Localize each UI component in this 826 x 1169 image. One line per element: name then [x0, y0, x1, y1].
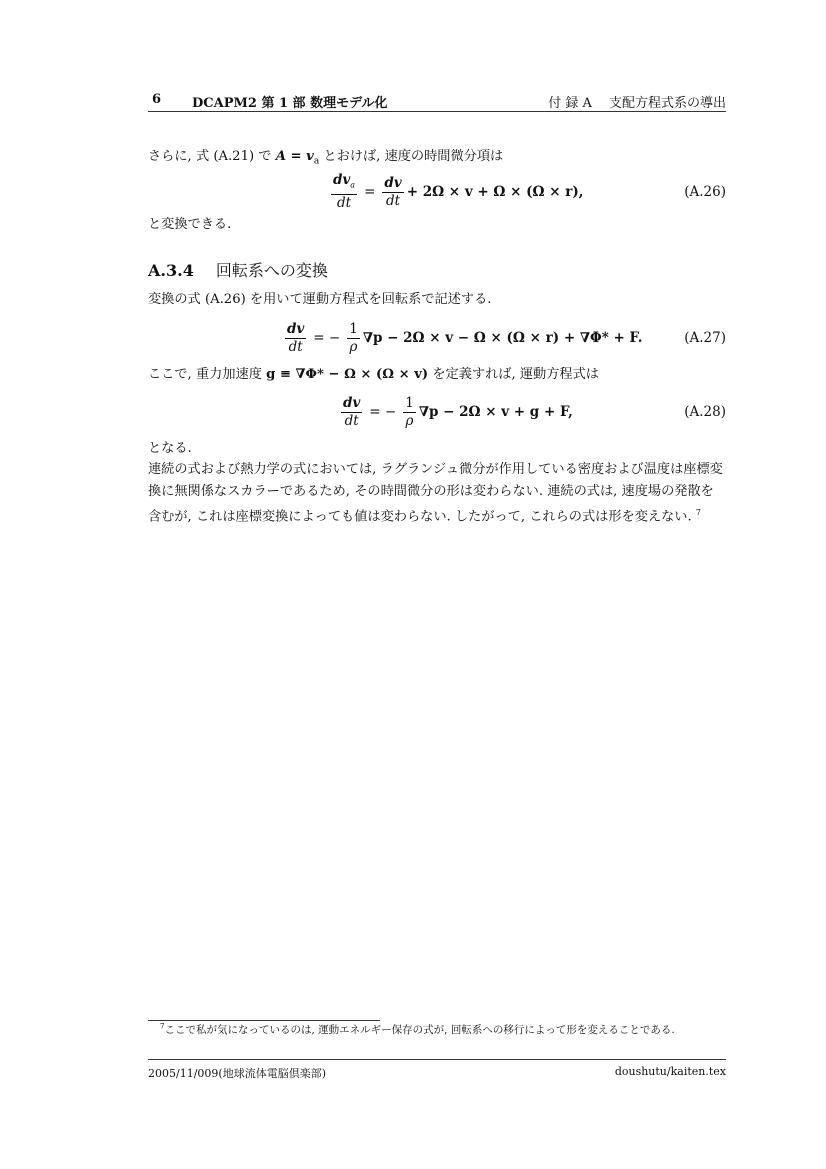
rhs-denominator: dt — [386, 193, 400, 210]
equation-a27-body: dv dt = − 1 ρ ∇p − 2Ω × v − Ω × (Ω × r) … — [282, 318, 642, 358]
lhs-numerator: dv — [333, 172, 350, 188]
body-paragraph: 連続の式および熱力学の式においては, ラグランジュ微分が作用している密度および温… — [148, 459, 728, 528]
lhs-numerator: dv — [341, 395, 362, 413]
gravity-math: g ≡ ∇Φ* − Ω × (Ω × v) — [266, 367, 428, 382]
lhs-fraction: dv dt — [341, 395, 362, 430]
coef-fraction: 1 ρ — [403, 395, 416, 430]
gravity-line: ここで, 重力加速度 g ≡ ∇Φ* − Ω × (Ω × v) を定義すれば,… — [148, 364, 728, 385]
coef-denominator: ρ — [350, 339, 358, 356]
equation-a28-body: dv dt = − 1 ρ ∇p − 2Ω × v + g + F, — [338, 392, 573, 432]
coef-numerator: 1 — [347, 321, 360, 339]
coef-denominator: ρ — [406, 413, 414, 430]
header-right-title: 付 録 A 支配方程式系の導出 — [548, 92, 726, 111]
lhs-numerator: dv — [285, 321, 306, 339]
intro-text-before: さらに, 式 (A.21) で — [148, 149, 276, 164]
header-left-title: DCAPM2 第 1 部 数理モデル化 — [192, 92, 387, 111]
page-number: 6 — [152, 92, 161, 107]
lhs-denominator: dt — [337, 195, 351, 212]
equation-a26: dva dt = dv dt + 2Ω × v + Ω × (Ω × r), (… — [148, 172, 726, 212]
equation-label: (A.27) — [684, 330, 726, 346]
footnote-reference[interactable]: 7 — [696, 508, 701, 517]
gravity-text-after: を定義すれば, 運動方程式は — [428, 367, 599, 382]
section-intro: 変換の式 (A.26) を用いて運動方程式を回転系で記述する. — [148, 289, 728, 310]
intro-line: さらに, 式 (A.21) で A = va とおけば, 速度の時間微分項は — [148, 146, 728, 173]
paragraph-line: 連続の式および熱力学の式においては, ラグランジュ微分が作用している密度および温… — [148, 459, 728, 481]
intro-text-after: とおけば, 速度の時間微分項は — [319, 149, 503, 164]
rhs-terms: ∇p − 2Ω × v − Ω × (Ω × r) + ∇Φ* + F. — [363, 330, 643, 346]
equation-a26-body: dva dt = dv dt + 2Ω × v + Ω × (Ω × r), — [328, 172, 583, 212]
footnote-text: ここで私が気になっているのは, 運動エネルギー保存の式が, 回転系への移行によっ… — [164, 1024, 674, 1036]
footnote: 7ここで私が気になっているのは, 運動エネルギー保存の式が, 回転系への移行によ… — [160, 1022, 675, 1037]
lhs-fraction: dv dt — [285, 321, 306, 356]
gravity-text-before: ここで, 重力加速度 — [148, 367, 266, 382]
section-number: A.3.4 — [148, 261, 194, 280]
coef-fraction: 1 ρ — [347, 321, 360, 356]
footer-rule — [148, 1059, 726, 1060]
lhs-denominator: dt — [345, 413, 359, 430]
footer-right: doushutu/kaiten.tex — [615, 1065, 726, 1078]
footnote-rule — [148, 1020, 380, 1021]
after-a26-text: と変換できる. — [148, 214, 728, 235]
equation-label: (A.28) — [684, 404, 726, 420]
section-title: 回転系への変換 — [216, 261, 328, 280]
lhs-numerator-sub: a — [350, 181, 355, 190]
equation-label: (A.26) — [684, 184, 726, 200]
after-a28-text: となる. — [148, 438, 728, 459]
intro-math: A = v — [276, 149, 314, 164]
rhs-terms: ∇p − 2Ω × v + g + F, — [419, 404, 573, 420]
rhs-numerator: dv — [382, 175, 403, 193]
running-header: 6 DCAPM2 第 1 部 数理モデル化 付 録 A 支配方程式系の導出 — [148, 92, 726, 110]
lhs-denominator: dt — [289, 339, 303, 356]
equation-a27: dv dt = − 1 ρ ∇p − 2Ω × v − Ω × (Ω × r) … — [148, 318, 726, 358]
section-heading: A.3.4回転系への変換 — [148, 258, 328, 281]
page-footer: 2005/11/009(地球流体電脳倶楽部) doushutu/kaiten.t… — [148, 1065, 726, 1081]
lhs-fraction: dva dt — [331, 172, 357, 212]
equation-a28: dv dt = − 1 ρ ∇p − 2Ω × v + g + F, (A.28… — [148, 392, 726, 432]
paragraph-line: 換に無関係なスカラーであるため, その時間微分の形は変わらない. 連続の式は, … — [148, 481, 728, 503]
rhs-terms: + 2Ω × v + Ω × (Ω × r), — [407, 184, 584, 200]
coef-numerator: 1 — [403, 395, 416, 413]
header-rule — [148, 111, 726, 112]
paragraph-line: 含むが, これは座標変換によっても値は変わらない. したがって, これらの式は形… — [148, 509, 692, 524]
footer-left: 2005/11/009(地球流体電脳倶楽部) — [148, 1067, 326, 1080]
rhs-fraction: dv dt — [382, 175, 403, 210]
